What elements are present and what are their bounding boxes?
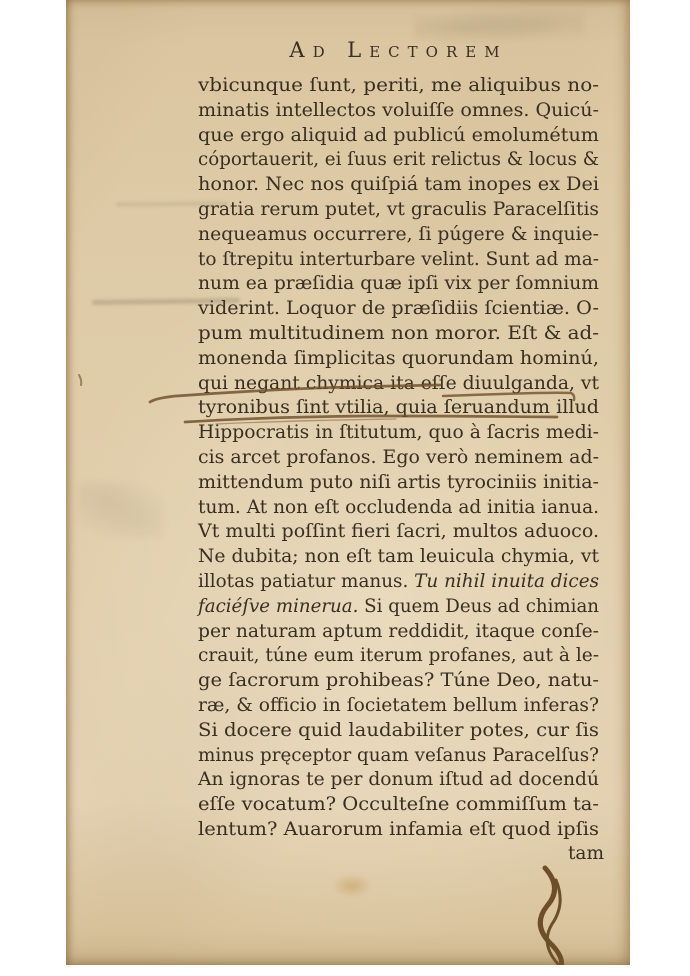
text-line: vbicunque ſunt, periti, me aliquibus no- (198, 74, 599, 99)
text-line: tum. At non eſt occludenda ad initia ian… (198, 496, 599, 521)
text-line: qui negant chymica ita eſſe diuulganda, … (198, 372, 599, 397)
text-line: monenda ſimplicitas quorundam hominú, (198, 347, 599, 372)
marbling-stain (547, 880, 560, 964)
text-line: ge ſacrorum prohibeas? Túne Deo, natu- (198, 669, 599, 694)
text-line: lentum? Auarorum infamia eſt quod ipſis (198, 818, 599, 843)
text-line: mittendum puto niſi artis tyrociniis ini… (198, 471, 599, 496)
text-line: crauit, túne eum iterum profanes, aut à … (198, 644, 599, 669)
stain-spot (332, 874, 372, 898)
text-line: pum multitudinem non moror. Eſt & ad- (198, 322, 599, 347)
text-line: Hippocratis in ſtitutum, quo à ſacris me… (198, 421, 599, 446)
text-line: nequeamus occurrere, ſi púgere & inquie- (198, 223, 599, 248)
text-line: viderint. Loquor de præſidiis ſcientiæ. … (198, 297, 599, 322)
marbling-stain (540, 868, 561, 965)
scan-canvas: { "page": { "heading": "Ad Lectorem", "l… (0, 0, 690, 976)
text-line: An ignoras te per donum iſtud ad docendú (198, 768, 599, 793)
margin-smudge (78, 482, 164, 538)
book-page: Ad Lectorem vbicunque ſunt, periti, me a… (66, 0, 630, 965)
text-line: num ea præſidia quæ ipſi vix per ſomnium (198, 272, 599, 297)
text-line: to ſtrepitu interturbare velint. Sunt ad… (198, 248, 599, 273)
text-line: cis arcet profanos. Ego verò neminem ad- (198, 446, 599, 471)
text-line: minatis intellectos voluiſſe omnes. Quic… (198, 99, 599, 124)
text-line: Vt multi poſſint fieri ſacri, multos adu… (198, 520, 599, 545)
text-line: minus pręceptor quam veſanus Paracelſus? (198, 744, 599, 769)
text-line: cóportauerit, ei ſuus erit relictus & lo… (198, 148, 599, 173)
text-line: per naturam aptum reddidit, itaque conſe… (198, 620, 599, 645)
text-line: ræ, & officio in ſocietatem bellum infer… (198, 694, 599, 719)
ink-margin-mark (79, 375, 81, 385)
catchword: tam (198, 842, 604, 866)
text-line: que ergo aliquid ad publicú emolumétum (198, 124, 599, 149)
text-line: gratia rerum putet, vt graculis Paracelſ… (198, 198, 599, 223)
text-line: Ne dubita; non eſt tam leuicula chymia, … (198, 545, 599, 570)
text-line: faciéſve minerua. Si quem Deus ad chimia… (198, 595, 599, 620)
text-line: Si docere quid laudabiliter potes, cur ſ… (198, 719, 599, 744)
text-line: honor. Nec nos quiſpiá tam inopes ex Dei (198, 173, 599, 198)
text-line: illotas patiatur manus. Tu nihil inuita … (198, 570, 599, 595)
page-heading: Ad Lectorem (198, 38, 599, 62)
text-block: vbicunque ſunt, periti, me aliquibus no-… (198, 74, 599, 843)
text-line: eſſe vocatum? Occulteſne commiſſum ta- (198, 793, 599, 818)
text-line: tyronibus ſint vtilia, quia ſeruandum il… (198, 396, 599, 421)
